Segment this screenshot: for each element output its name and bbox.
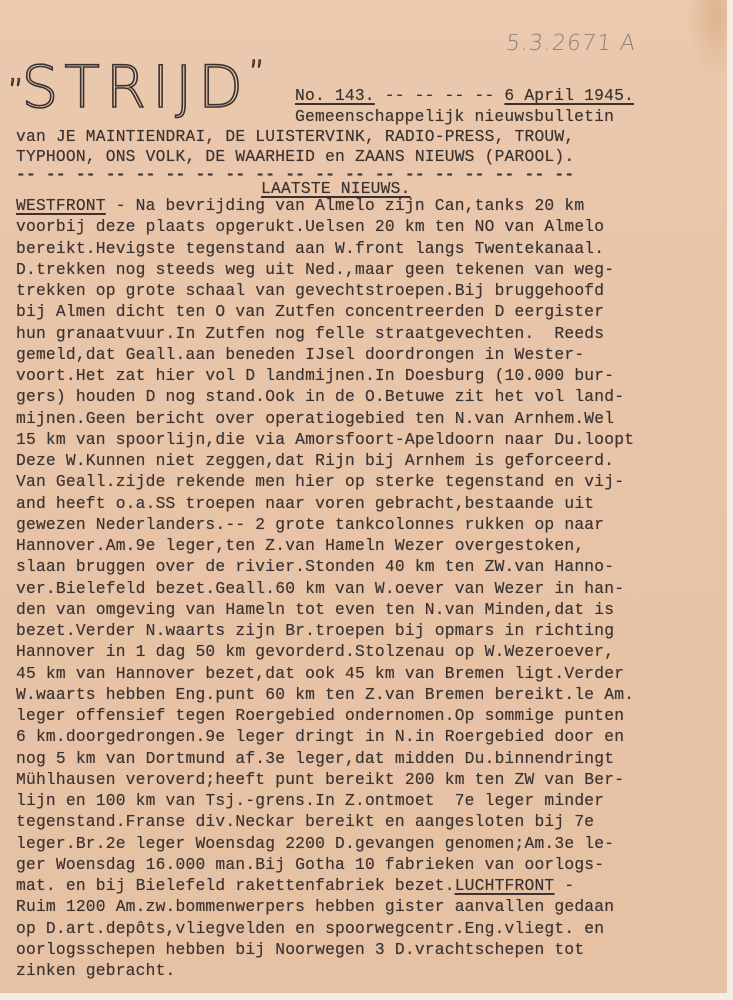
masthead-open-quote: „ [8,55,22,90]
archive-number: 5.3.2671 A [505,31,638,56]
issue-date: 6 April 1945. [504,86,634,105]
sources-line-1: van JE MAINTIENDRAI, DE LUISTERVINK, RAD… [16,127,574,146]
article-line: op D.art.depôts,vliegvelden en spoorwegc… [16,919,604,938]
article-line: ger Woensdag 16.000 man.Bij Gotha 10 fab… [16,855,604,874]
article-line: lijn en 100 km van Tsj.-grens.In Z.ontmo… [16,791,604,810]
document-page: 5.3.2671 A „STRIJD” No. 143. -- -- -- --… [0,0,733,1000]
article-line: leger offensief tegen Roergebied onderno… [16,706,624,725]
article-line: leger.Br.2e leger Woensdag 2200 D.gevang… [16,834,614,853]
heading-luchtfront: LUCHTFRONT [455,876,555,895]
paper-stain [687,0,727,80]
article-line: - [554,876,574,895]
article-line: zinken gebracht. [16,961,176,980]
article-line: 45 km van Hannover bezet,dat ook 45 km v… [16,664,624,683]
sources-line-2: TYPHOON, ONS VOLK, DE WAARHEID en ZAANS … [16,147,574,166]
article-line: gemeld,dat Geall.aan beneden IJsel doord… [16,345,584,364]
article-line: Deze W.Kunnen niet zeggen,dat Rijn bij A… [16,451,614,470]
issue-dashes: -- -- -- -- [375,86,505,105]
article-line: bij Almen dicht ten O van Zutfen concent… [16,302,604,321]
article-line: mat. en bij Bielefeld rakettenfabriek be… [16,876,455,895]
heading-westfront: WESTFRONT [16,196,106,215]
article-line: Mühlhausen veroverd;heeft punt bereikt 2… [16,770,624,789]
article-line: - Na bevrijding van Almelo zijn Can,tank… [106,196,585,215]
article-line: bereikt.Hevigste tegenstand aan W.front … [16,239,604,258]
article-line: D.trekken nog steeds weg uit Ned.,maar g… [16,260,614,279]
masthead-title: „STRIJD” [8,58,263,116]
subtitle: Gemeenschappelijk nieuwsbulletin [295,107,614,126]
article-line: trekken op grote schaal van gevechtstroe… [16,281,604,300]
article-line: tegenstand.Franse div.Neckar bereikt en … [16,812,594,831]
article-line: Van Geall.zijde rekende men hier op ster… [16,472,624,491]
article-line: bezet.Verder N.waarts zijn Br.troepen bi… [16,621,614,640]
article-line: slaan bruggen over de rivier.Stonden 40 … [16,557,614,576]
article-line: gewezen Nederlanders.-- 2 grote tankcolo… [16,515,604,534]
article-line: voorbij deze plaats opgerukt.Uelsen 20 k… [16,217,604,236]
article-line: hun granaatvuur.In Zutfen nog felle stra… [16,324,604,343]
issue-line: No. 143. -- -- -- -- 6 April 1945. [295,86,634,105]
article-line: mijnen.Geen bericht over operatiogebied … [16,409,614,428]
article-line: Hannover in 1 dag 50 km gevorderd.Stolze… [16,642,614,661]
article-line: Ruim 1200 Am.zw.bommenwerpers hebben gis… [16,897,614,916]
article-line: and heeft o.a.SS troepen naar voren gebr… [16,494,594,513]
article-line: oorlogsschepen hebben bij Noorwegen 3 D.… [16,940,584,959]
article-line: den van omgeving van Hameln tot even ten… [16,600,614,619]
issue-number: No. 143. [295,86,375,105]
article-line: voort.Het zat hier vol D landmijnen.In D… [16,366,614,385]
article-line: gers) houden D nog stand.Ook in de O.Bet… [16,387,624,406]
masthead-close-quote: ” [249,55,263,90]
article-line: 15 km van spoorlijn,die via Amorsfoort-A… [16,430,634,449]
article-line: Hannover.Am.9e leger,ten Z.van Hameln We… [16,536,584,555]
masthead-text: STRIJD [22,53,249,121]
article-body: WESTFRONT - Na bevrijding van Almelo zij… [16,195,634,981]
article-line: ver.Bielefeld bezet.Geall.60 km van W.oe… [16,579,624,598]
article-line: nog 5 km van Dortmund af.3e leger,dat mi… [16,749,614,768]
article-line: W.waarts hebben Eng.punt 60 km ten Z.van… [16,685,634,704]
article-line: 6 km.doorgedrongen.9e leger dringt in N.… [16,727,624,746]
